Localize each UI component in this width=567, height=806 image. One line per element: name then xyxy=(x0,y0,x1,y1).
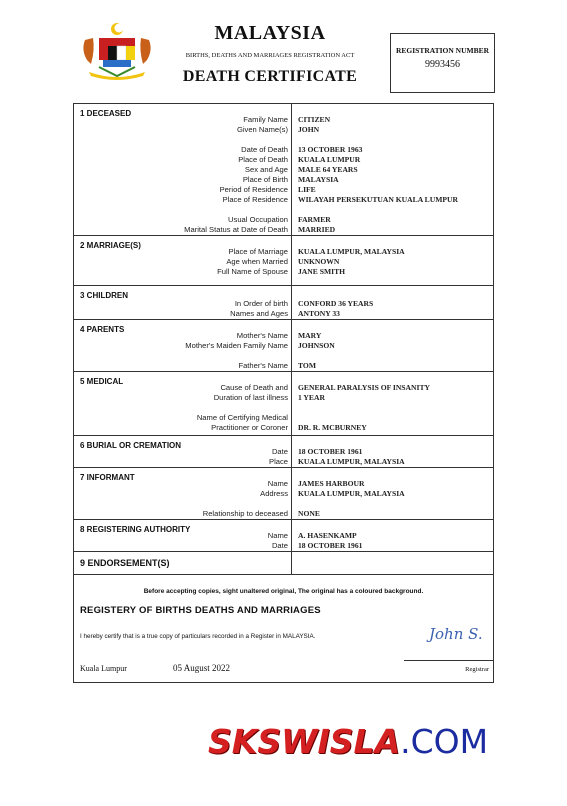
field-value: UNKNOWN xyxy=(298,257,405,267)
field-values: MARYJOHNSONTOM xyxy=(298,331,335,371)
field-value: CITIZEN xyxy=(298,115,458,125)
column-divider xyxy=(291,372,292,435)
field-value: KUALA LUMPUR, MALAYSIA xyxy=(298,247,405,257)
certification-statement: I hereby certify that is a true copy of … xyxy=(80,633,340,641)
field-values: CITIZENJOHN13 OCTOBER 1963KUALA LUMPURMA… xyxy=(298,115,458,235)
field-labels: NameAddressRelationship to deceased xyxy=(203,479,288,519)
act-title: BIRTHS, DEATHS AND MARRIAGES REGISTRATIO… xyxy=(140,52,400,59)
section-title: 6 BURIAL OR CREMATION xyxy=(80,441,181,450)
field-values: JAMES HARBOURKUALA LUMPUR, MALAYSIANONE xyxy=(298,479,405,519)
field-value: 1 YEAR xyxy=(298,393,430,403)
field-values: A. HASENKAMP18 OCTOBER 1961 xyxy=(298,531,362,551)
field-value xyxy=(298,351,335,361)
field-value xyxy=(298,413,430,423)
field-label: Usual Occupation xyxy=(184,215,288,225)
column-divider xyxy=(291,320,292,371)
field-label xyxy=(184,205,288,215)
field-labels: Cause of Death andDuration of last illne… xyxy=(197,383,288,433)
section-title: 8 REGISTERING AUTHORITY xyxy=(80,525,190,534)
field-value: KUALA LUMPUR xyxy=(298,155,458,165)
field-labels: Family NameGiven Name(s)Date of DeathPla… xyxy=(184,115,288,235)
section-row: 9 ENDORSEMENT(S) xyxy=(74,552,493,575)
field-label: Relationship to deceased xyxy=(203,509,288,519)
section-title: 1 DECEASED xyxy=(80,109,131,118)
field-value: JOHNSON xyxy=(298,341,335,351)
field-label: Mother's Maiden Family Name xyxy=(185,341,288,351)
field-value: MALE 64 YEARS xyxy=(298,165,458,175)
field-label xyxy=(184,135,288,145)
field-label: Place of Marriage xyxy=(217,247,288,257)
watermark-domain: .COM xyxy=(400,722,488,761)
registration-number: 9993456 xyxy=(391,59,494,70)
column-divider xyxy=(291,468,292,519)
field-value xyxy=(298,205,458,215)
field-value: JAMES HARBOUR xyxy=(298,479,405,489)
field-label: Address xyxy=(203,489,288,499)
watermark-brand: SKSWISLA xyxy=(208,722,400,761)
section-row: 1 DECEASEDFamily NameGiven Name(s)Date o… xyxy=(74,104,493,236)
document-title: DEATH CERTIFICATE xyxy=(160,68,380,86)
section-row: 6 BURIAL OR CREMATIONDatePlace18 OCTOBER… xyxy=(74,436,493,468)
section-row: 3 CHILDRENIn Order of birthNames and Age… xyxy=(74,286,493,320)
field-value: JANE SMITH xyxy=(298,267,405,277)
field-labels: DatePlace xyxy=(269,447,288,467)
field-value: KUALA LUMPUR, MALAYSIA xyxy=(298,457,405,467)
column-divider xyxy=(291,286,292,319)
section-row: 8 REGISTERING AUTHORITYNameDateA. HASENK… xyxy=(74,520,493,552)
section-title: 4 PARENTS xyxy=(80,325,124,334)
country-title: MALAYSIA xyxy=(160,22,380,45)
section-row: 5 MEDICALCause of Death andDuration of l… xyxy=(74,372,493,436)
column-divider xyxy=(291,236,292,285)
section-row: 4 PARENTSMother's NameMother's Maiden Fa… xyxy=(74,320,493,372)
field-label: Given Name(s) xyxy=(184,125,288,135)
field-value xyxy=(298,403,430,413)
registrar-label: Registrar xyxy=(465,666,489,673)
field-label: Cause of Death and xyxy=(197,383,288,393)
field-value: GENERAL PARALYSIS OF INSANITY xyxy=(298,383,430,393)
column-divider xyxy=(291,520,292,551)
field-value: WILAYAH PERSEKUTUAN KUALA LUMPUR xyxy=(298,195,458,205)
field-value: 13 OCTOBER 1963 xyxy=(298,145,458,155)
section-title: 2 MARRIAGE(S) xyxy=(80,241,141,250)
issue-place: Kuala Lumpur xyxy=(80,664,127,673)
field-label: Date of Death xyxy=(184,145,288,155)
field-label: Family Name xyxy=(184,115,288,125)
section-title: 7 INFORMANT xyxy=(80,473,135,482)
column-divider xyxy=(291,436,292,467)
field-value: CONFORD 36 YEARS xyxy=(298,299,373,309)
field-value: ANTONY 33 xyxy=(298,309,373,319)
field-label: Marital Status at Date of Death xyxy=(184,225,288,235)
field-label: Period of Residence xyxy=(184,185,288,195)
field-label: Age when Married xyxy=(217,257,288,267)
field-label: Mother's Name xyxy=(185,331,288,341)
field-values: GENERAL PARALYSIS OF INSANITY1 YEARDR. R… xyxy=(298,383,430,433)
field-value: TOM xyxy=(298,361,335,371)
field-value: KUALA LUMPUR, MALAYSIA xyxy=(298,489,405,499)
field-value: JOHN xyxy=(298,125,458,135)
field-labels: Place of MarriageAge when MarriedFull Na… xyxy=(217,247,288,277)
field-label: Duration of last illness xyxy=(197,393,288,403)
coat-of-arms-icon xyxy=(77,20,157,82)
registry-title: REGISTERY OF BIRTHS DEATHS AND MARRIAGES xyxy=(80,605,321,616)
field-label: Place of Death xyxy=(184,155,288,165)
field-label: Place of Residence xyxy=(184,195,288,205)
watermark: SKSWISLA.COM xyxy=(208,722,488,761)
field-value: MALAYSIA xyxy=(298,175,458,185)
field-label: Practitioner or Coroner xyxy=(197,423,288,433)
registrar-signature: John S. xyxy=(429,625,483,643)
field-label: Place xyxy=(269,457,288,467)
authenticity-warning: Before accepting copies, sight unaltered… xyxy=(74,588,493,595)
field-value: 18 OCTOBER 1961 xyxy=(298,447,405,457)
field-label: Father's Name xyxy=(185,361,288,371)
field-label: Date xyxy=(269,447,288,457)
field-label xyxy=(185,351,288,361)
field-value xyxy=(298,135,458,145)
field-value: MARRIED xyxy=(298,225,458,235)
field-labels: Mother's NameMother's Maiden Family Name… xyxy=(185,331,288,371)
section-title: 3 CHILDREN xyxy=(80,291,128,300)
field-value: NONE xyxy=(298,509,405,519)
field-value: LIFE xyxy=(298,185,458,195)
field-label: Sex and Age xyxy=(184,165,288,175)
certificate-table: 1 DECEASEDFamily NameGiven Name(s)Date o… xyxy=(73,103,494,683)
registration-number-box: REGISTRATION NUMBER 9993456 xyxy=(390,33,495,93)
field-label: Name of Certifying Medical xyxy=(197,413,288,423)
field-value xyxy=(298,499,405,509)
field-labels: In Order of birthNames and Ages xyxy=(230,299,288,319)
field-value: 18 OCTOBER 1961 xyxy=(298,541,362,551)
field-value: DR. R. MCBURNEY xyxy=(298,423,430,433)
field-label: Names and Ages xyxy=(230,309,288,319)
column-divider xyxy=(291,552,292,574)
section-title: 9 ENDORSEMENT(S) xyxy=(80,558,170,568)
field-label: Name xyxy=(268,531,288,541)
section-row: 2 MARRIAGE(S)Place of MarriageAge when M… xyxy=(74,236,493,286)
field-value: A. HASENKAMP xyxy=(298,531,362,541)
field-label xyxy=(203,499,288,509)
field-label: Full Name of Spouse xyxy=(217,267,288,277)
field-label: In Order of birth xyxy=(230,299,288,309)
field-values: CONFORD 36 YEARSANTONY 33 xyxy=(298,299,373,319)
field-labels: NameDate xyxy=(268,531,288,551)
field-label: Name xyxy=(203,479,288,489)
field-values: KUALA LUMPUR, MALAYSIAUNKNOWNJANE SMITH xyxy=(298,247,405,277)
field-value: MARY xyxy=(298,331,335,341)
section-row: 7 INFORMANTNameAddressRelationship to de… xyxy=(74,468,493,520)
field-value: FARMER xyxy=(298,215,458,225)
issue-date: 05 August 2022 xyxy=(173,663,230,673)
registration-label: REGISTRATION NUMBER xyxy=(391,46,494,55)
section-title: 5 MEDICAL xyxy=(80,377,123,386)
field-label: Place of Birth xyxy=(184,175,288,185)
field-label xyxy=(197,403,288,413)
field-label: Date xyxy=(268,541,288,551)
field-values: 18 OCTOBER 1961KUALA LUMPUR, MALAYSIA xyxy=(298,447,405,467)
column-divider xyxy=(291,104,292,235)
signature-line xyxy=(404,660,494,661)
